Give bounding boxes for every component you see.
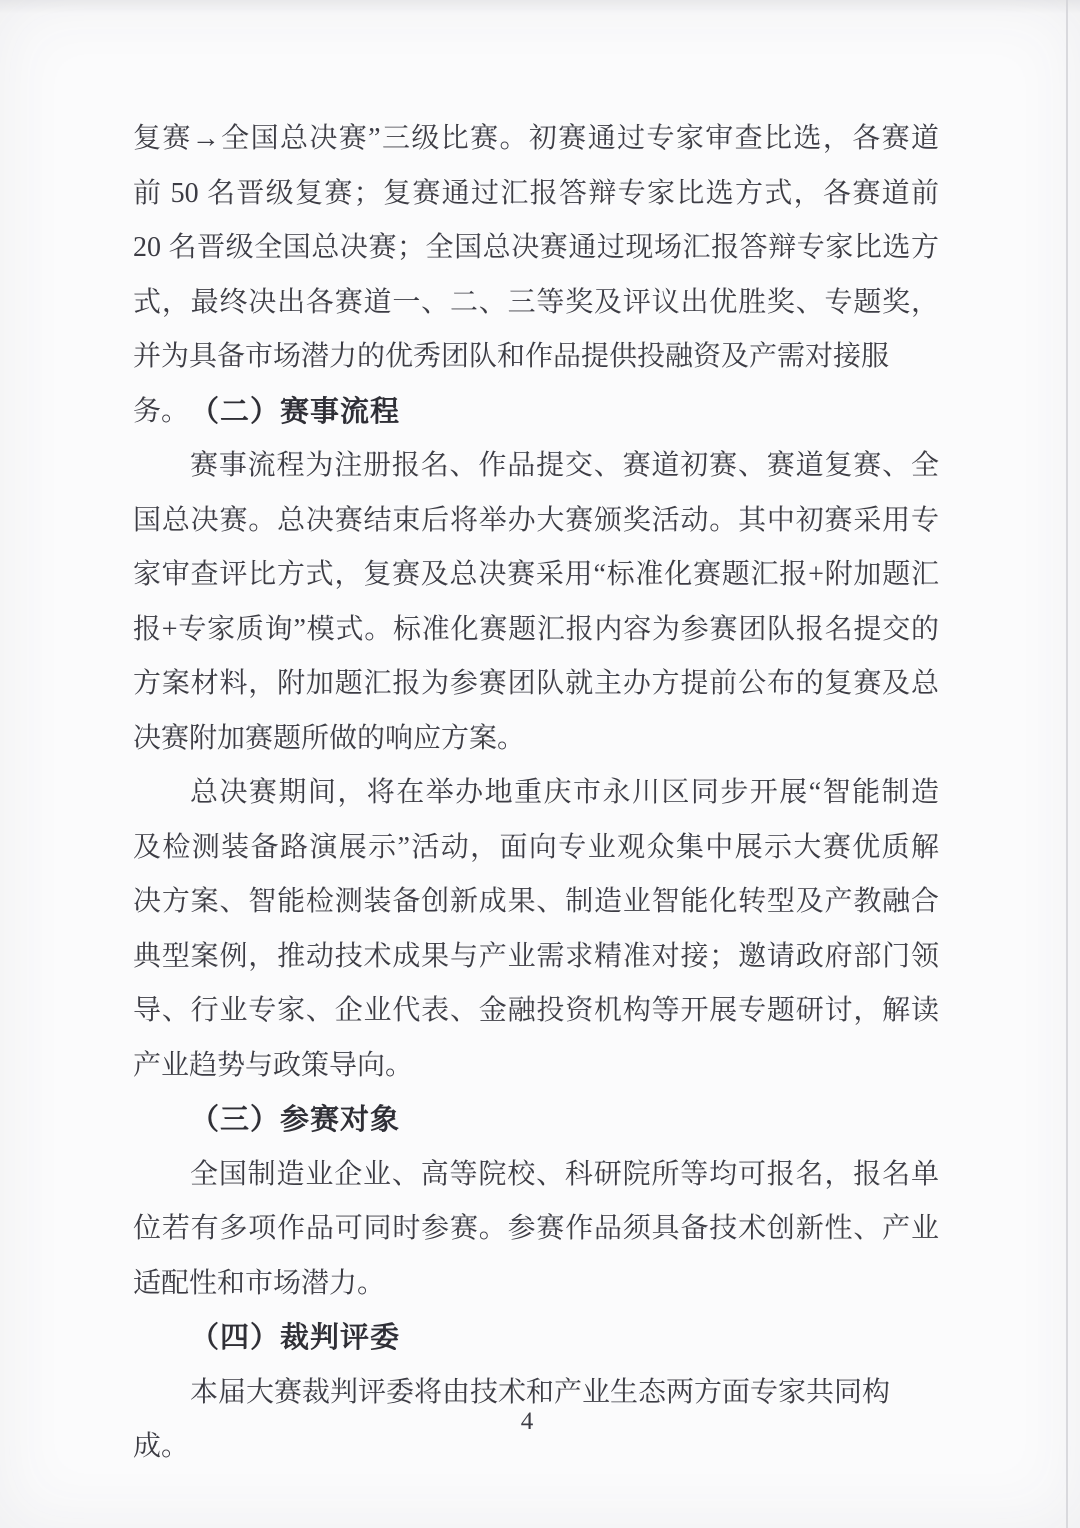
page-number: 4	[0, 1408, 1054, 1436]
text-line: 赛事流程为注册报名、作品提交、赛道初赛、赛道复赛、全	[133, 439, 939, 494]
text-line: 总决赛期间，将在举办地重庆市永川区同步开展“智能制造	[133, 766, 939, 821]
text-line: 复赛→全国总决赛”三级比赛。初赛通过专家审查比选，各赛道	[133, 112, 939, 167]
text-line: 并为具备市场潜力的优秀团队和作品提供投融资及产需对接服务。	[133, 330, 939, 385]
text-line: 导、行业专家、企业代表、金融投资机构等开展专题研讨，解读	[133, 984, 939, 1039]
text-line: 全国制造业企业、高等院校、科研院所等均可报名，报名单	[133, 1148, 939, 1203]
scan-edge-line	[1066, 0, 1068, 1528]
document-body: 复赛→全国总决赛”三级比赛。初赛通过专家审查比选，各赛道前 50 名晋级复赛；复…	[133, 112, 939, 1420]
text-line: 适配性和市场潜力。	[133, 1257, 939, 1312]
text-line: 20 名晋级全国总决赛；全国总决赛通过现场汇报答辩专家比选方	[133, 221, 939, 276]
text-line: 方案材料，附加题汇报为参赛团队就主办方提前公布的复赛及总	[133, 657, 939, 712]
text-line: 式，最终决出各赛道一、二、三等奖及评议出优胜奖、专题奖，	[133, 276, 939, 331]
text-line: 及检测装备路演展示”活动，面向专业观众集中展示大赛优质解	[133, 821, 939, 876]
document-page: 复赛→全国总决赛”三级比赛。初赛通过专家审查比选，各赛道前 50 名晋级复赛；复…	[0, 0, 1080, 1528]
section-heading: （四）裁判评委	[133, 1311, 939, 1366]
text-line: 国总决赛。总决赛结束后将举办大赛颁奖活动。其中初赛采用专	[133, 494, 939, 549]
section-heading: （二）赛事流程	[133, 385, 939, 440]
text-line: 前 50 名晋级复赛；复赛通过汇报答辩专家比选方式，各赛道前	[133, 167, 939, 222]
section-heading: （三）参赛对象	[133, 1093, 939, 1148]
text-line: 报+专家质询”模式。标准化赛题汇报内容为参赛团队报名提交的	[133, 603, 939, 658]
text-line: 典型案例，推动技术成果与产业需求精准对接；邀请政府部门领	[133, 930, 939, 985]
text-line: 决方案、智能检测装备创新成果、制造业智能化转型及产教融合	[133, 875, 939, 930]
scan-shadow-top	[0, 0, 1080, 14]
text-line: 位若有多项作品可同时参赛。参赛作品须具备技术创新性、产业	[133, 1202, 939, 1257]
text-line: 家审查评比方式，复赛及总决赛采用“标准化赛题汇报+附加题汇	[133, 548, 939, 603]
text-line: 产业趋势与政策导向。	[133, 1039, 939, 1094]
text-line: 决赛附加赛题所做的响应方案。	[133, 712, 939, 767]
